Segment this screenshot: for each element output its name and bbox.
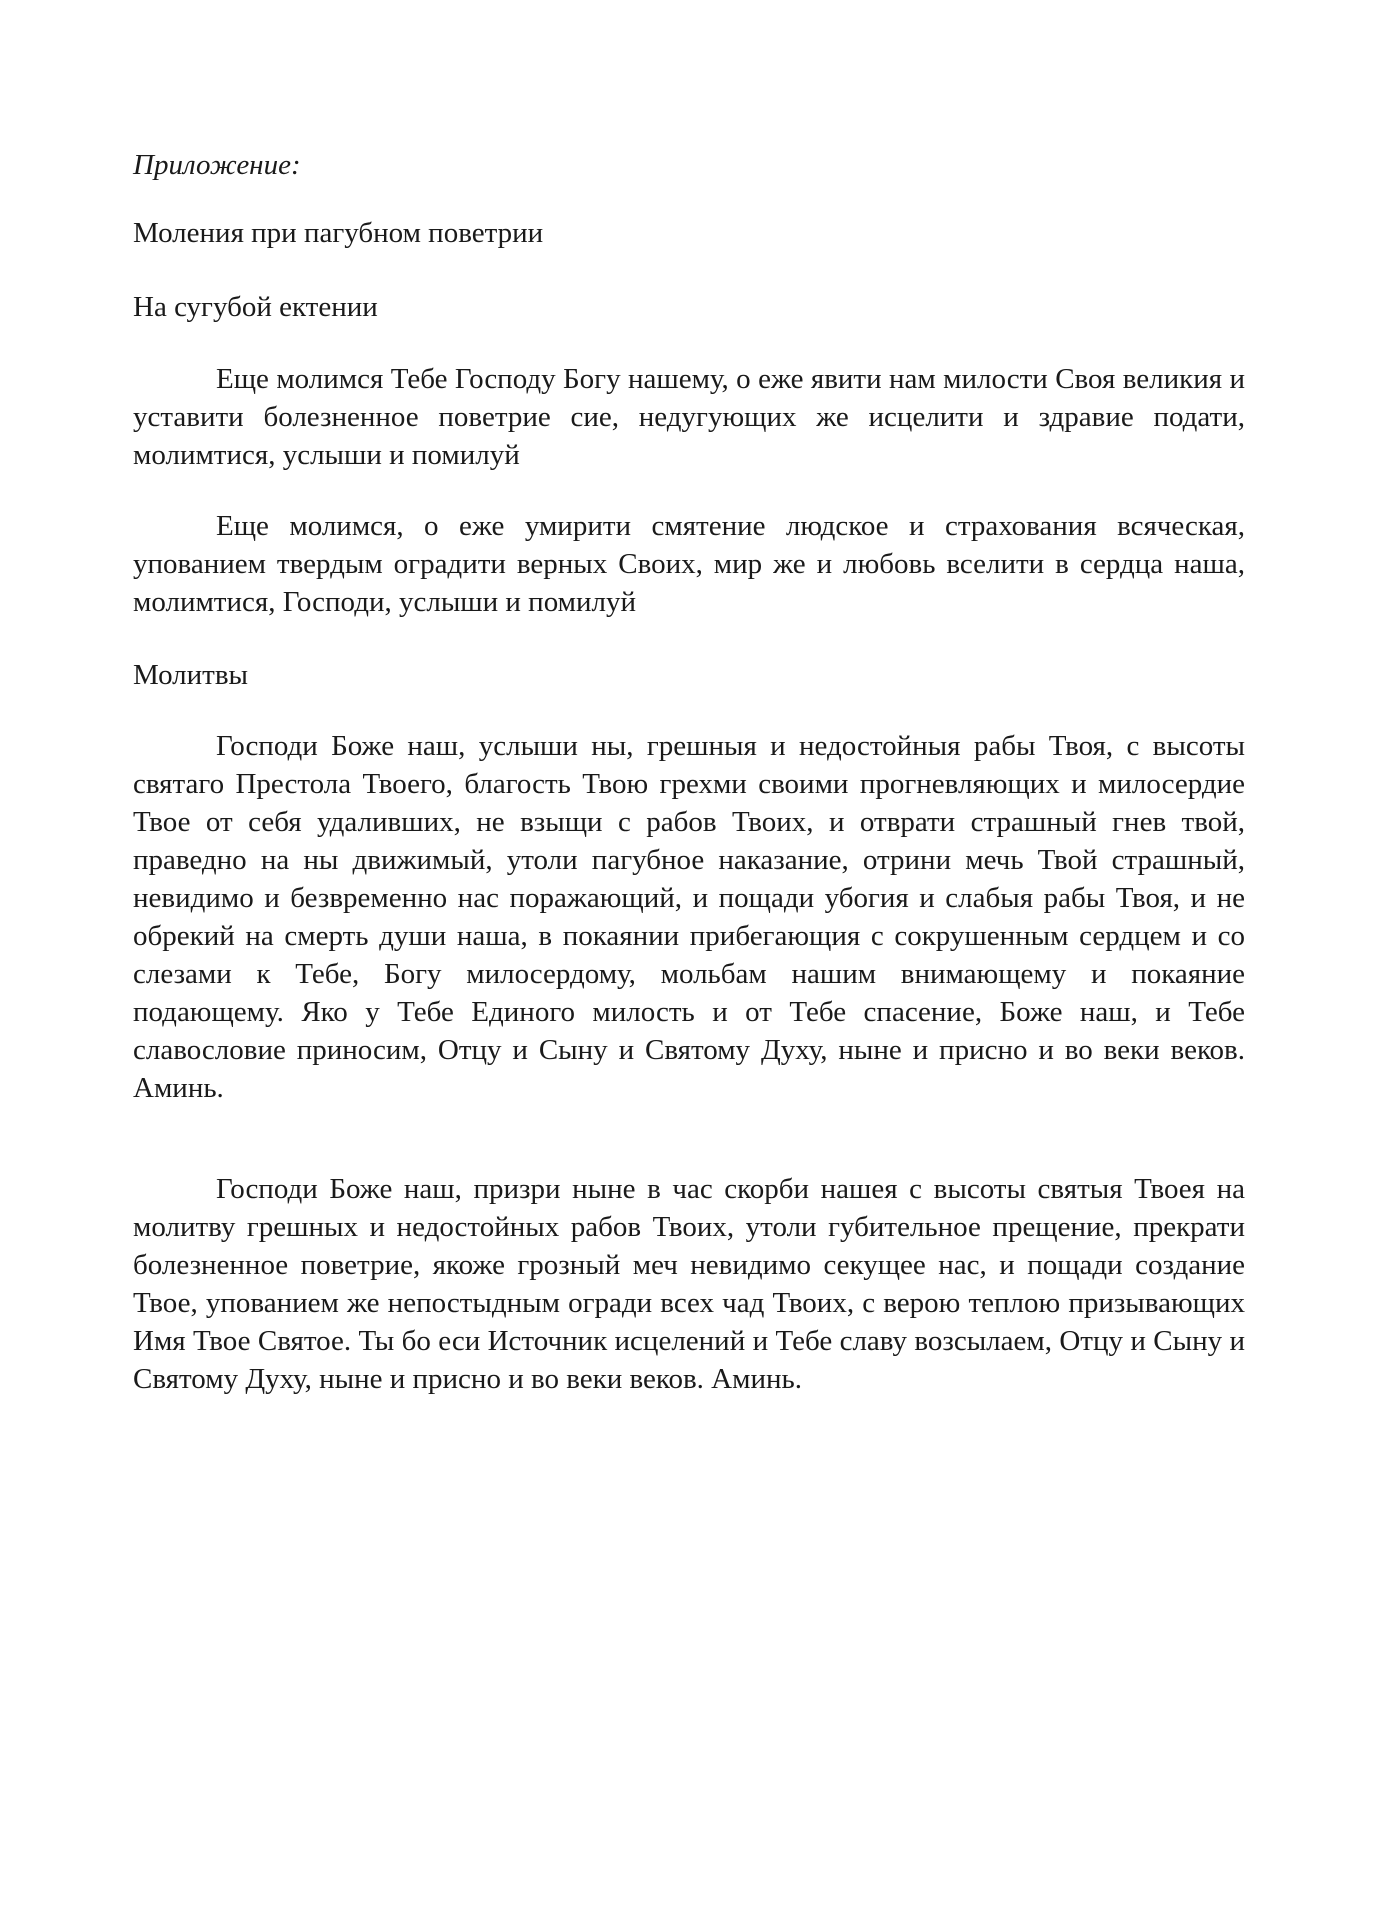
section-heading-litany: На сугубой ектении: [133, 288, 378, 326]
prayer-2: Господи Боже наш, призри ныне в час скор…: [133, 1170, 1245, 1398]
appendix-label: Приложение:: [133, 146, 301, 184]
litany-petition-1: Еще молимся Тебе Господу Богу нашему, о …: [133, 360, 1245, 474]
prayer-1: Господи Боже наш, услыши ны, грешныя и н…: [133, 727, 1245, 1107]
document-title: Моления при пагубном поветрии: [133, 214, 543, 252]
litany-petition-2: Еще молимся, о еже умирити смятение людс…: [133, 507, 1245, 621]
section-heading-prayers: Молитвы: [133, 656, 248, 694]
